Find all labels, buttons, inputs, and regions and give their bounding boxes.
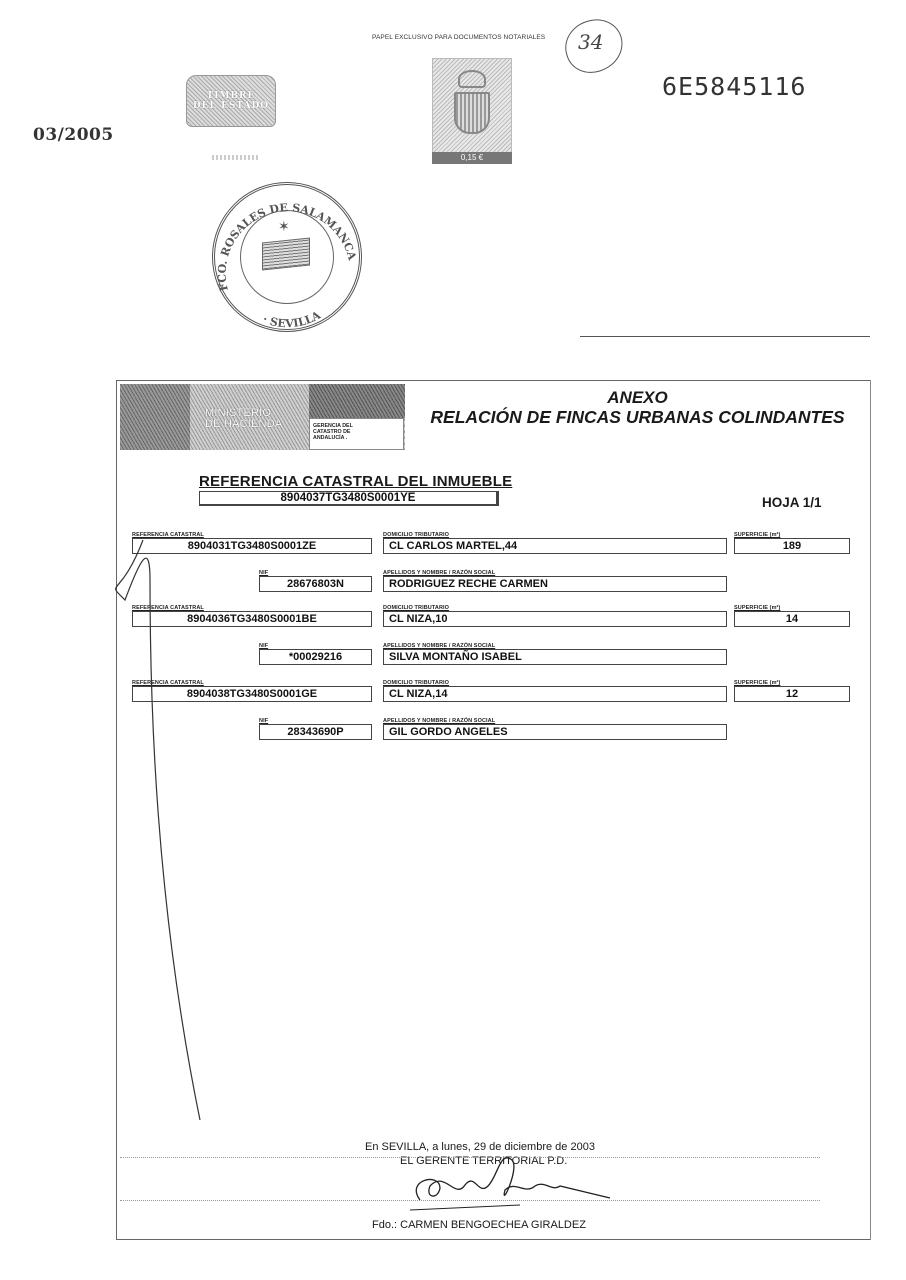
name-field: SILVA MONTAÑO ISABEL xyxy=(383,649,727,665)
annex-title-line-2: RELACIÓN DE FINCAS URBANAS COLINDANTES xyxy=(430,407,845,427)
gerencia-label: GERENCIA DEL CATASTRO DE ANDALUCÍA . xyxy=(309,418,404,450)
name-field: GIL GORDO ANGELES xyxy=(383,724,727,740)
ref-field: 8904038TG3480S0001GE xyxy=(132,686,372,702)
address-field: CL NIZA,10 xyxy=(383,611,727,627)
notarial-paper-header: PAPEL EXCLUSIVO PARA DOCUMENTOS NOTARIAL… xyxy=(372,34,545,41)
signature-dotted-line xyxy=(120,1200,820,1201)
date-stamp: 03/2005 xyxy=(33,125,114,145)
sheet-number: HOJA 1/1 xyxy=(762,495,822,510)
annex-title-line-1: ANEXO xyxy=(430,388,845,407)
gerencia-logo-band xyxy=(309,384,405,418)
gerencia-line-3: ANDALUCÍA . xyxy=(313,435,400,441)
area-field: 12 xyxy=(734,686,850,702)
address-field: CL NIZA,14 xyxy=(383,686,727,702)
timbre-del-estado-stamp: TIMBRE DEL ESTADO xyxy=(186,75,276,127)
signature-dotted-line xyxy=(120,1157,820,1158)
ministry-emblem-icon xyxy=(120,384,190,450)
nif-field: 28676803N xyxy=(259,576,372,592)
annex-frame-edge xyxy=(870,380,871,1240)
serial-number: 6E5845116 xyxy=(662,72,806,101)
shield-icon xyxy=(454,92,490,134)
timbre-microtext xyxy=(212,155,260,160)
book-emblem-icon xyxy=(262,237,310,270)
ref-field: 8904036TG3480S0001BE xyxy=(132,611,372,627)
name-field: RODRIGUEZ RECHE CARMEN xyxy=(383,576,727,592)
crown-icon xyxy=(458,70,486,88)
property-ref-label: REFERENCIA CATASTRAL DEL INMUEBLE xyxy=(199,473,512,490)
nif-field: 28343690P xyxy=(259,724,372,740)
timbre-line-1: TIMBRE xyxy=(207,91,256,101)
ministry-name: MINISTERIO DE HACIENDA xyxy=(205,408,282,430)
signature-name: Fdo.: CARMEN BENGOECHEA GIRALDEZ xyxy=(372,1219,586,1231)
nif-field: *00029216 xyxy=(259,649,372,665)
property-ref-value: 8904037TG3480S0001YE xyxy=(199,491,499,506)
stamp-value: 0,15 € xyxy=(432,152,512,164)
signature-place-date: En SEVILLA, a lunes, 29 de diciembre de … xyxy=(365,1141,595,1153)
ref-field: 8904031TG3480S0001ZE xyxy=(132,538,372,554)
address-field: CL CARLOS MARTEL,44 xyxy=(383,538,727,554)
annex-title: ANEXO RELACIÓN DE FINCAS URBANAS COLINDA… xyxy=(430,388,845,427)
ministry-name-line-2: DE HACIENDA xyxy=(205,419,282,430)
star-icon: ✶ xyxy=(278,218,290,235)
divider xyxy=(580,336,870,337)
annex-frame xyxy=(116,380,871,1240)
area-field: 14 xyxy=(734,611,850,627)
folio-number: 34 xyxy=(578,30,603,54)
timbre-line-2: DEL ESTADO xyxy=(193,101,269,111)
area-field: 189 xyxy=(734,538,850,554)
